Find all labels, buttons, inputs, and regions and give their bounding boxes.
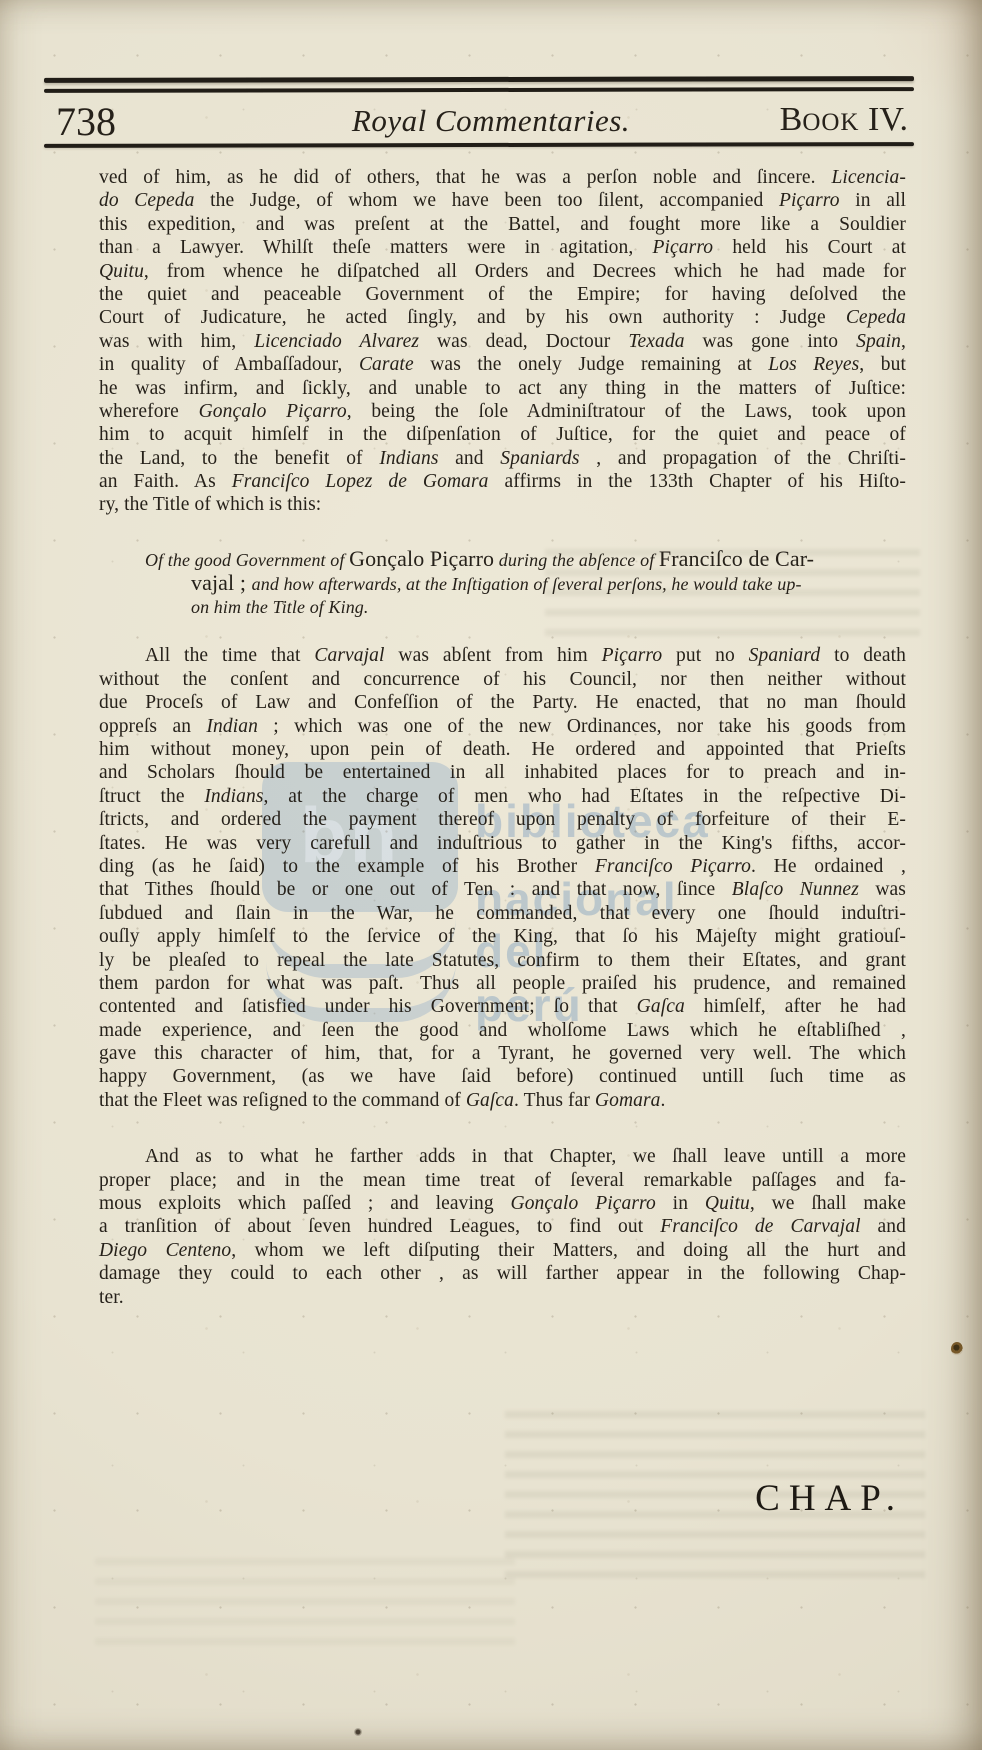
text-run: him without money, upon pein of death. H… — [99, 739, 906, 760]
text-run: the Land, to the benefit of — [99, 448, 379, 469]
book-word-initial: B — [780, 101, 803, 138]
text-run: ; which was one of the new Ordinances, n… — [258, 716, 906, 737]
text-run: , — [901, 331, 906, 352]
ink-spot — [354, 1728, 362, 1736]
text-run: them pardon for what was paſt. Thus all … — [99, 973, 906, 994]
text-line: mous exploits which paſſed ; and leaving… — [99, 1192, 906, 1215]
text-run: And as to what he farther adds in that C… — [145, 1146, 906, 1167]
text-run: Diego Centeno — [99, 1240, 231, 1261]
text-line: he was infirm, and ſickly, and unable to… — [99, 377, 906, 400]
text-run: ved of him, as he did of others, that he… — [99, 167, 831, 188]
text-run: than a Lawyer. Whilſt theſe matters were… — [99, 237, 653, 258]
text-run: Licencia- — [831, 167, 906, 188]
text-run: affirms in the 133th Chapter of his Hiſt… — [489, 471, 906, 492]
text-run: Texada — [628, 331, 684, 352]
text-line: oppreſs an Indian ; which was one of the… — [99, 715, 906, 738]
text-line: ſtates. He was very carefull and induſtr… — [99, 832, 906, 855]
text-run: ter. — [99, 1287, 124, 1308]
text-line: All the time that Carvajal was abſent fr… — [99, 644, 906, 667]
text-run: due Proceſs of Law and Confeſſion of the… — [99, 692, 906, 713]
text-run: damage they could to each other , as wil… — [99, 1263, 906, 1284]
text-run: to death — [820, 645, 906, 666]
text-run: oppreſs an — [99, 716, 206, 737]
text-run: . He ordained , — [751, 856, 906, 877]
text-run: a tranſition of about ſeven hundred Leag… — [99, 1216, 660, 1237]
text-line: without the conſent and concurrence of h… — [99, 668, 906, 691]
text-run: Cepeda — [846, 307, 906, 328]
paragraph-main: All the time that Carvajal was abſent fr… — [99, 644, 906, 1112]
text-line: happy Government, (as we have ſaid befor… — [99, 1065, 906, 1088]
text-line: the Land, to the benefit of Indians and … — [99, 447, 906, 470]
text-run: held his Court at — [713, 237, 906, 258]
text-run: , and propagation of the Chriſti- — [580, 448, 906, 469]
text-run: , being the ſole Adminiſtratour of the L… — [347, 401, 906, 422]
text-run: Indians — [204, 786, 263, 807]
text-line: than a Lawyer. Whilſt theſe matters were… — [99, 236, 906, 259]
text-line: vajal ; and how afterwards, at the Inſti… — [191, 571, 906, 595]
verso-showthrough — [95, 1545, 515, 1650]
text-line: was with him, Licenciado Alvarez was dea… — [99, 330, 906, 353]
text-run: him to acquit himſelf in the diſpenſatio… — [99, 424, 906, 445]
text-line: Of the good Government of Gonçalo Piçarr… — [145, 547, 906, 571]
text-run: , whom we left diſputing their Matters, … — [231, 1240, 906, 1261]
text-run: this expedition, and was preſent at the … — [99, 214, 906, 235]
text-run: that the Fleet was reſigned to the comma… — [99, 1090, 466, 1111]
catchword: CHAP. — [755, 1477, 904, 1520]
text-run: Piçarro — [779, 190, 840, 211]
text-run: Franciſco de Carvajal — [660, 1216, 860, 1237]
text-line: ſubdued and ſlain in the War, he command… — [99, 902, 906, 925]
text-run: ouſly apply himſelf to the ſervice of th… — [99, 926, 906, 947]
text-run: Gonçalo Piçarro — [349, 546, 494, 571]
text-run: proper place; and in the mean time treat… — [99, 1170, 906, 1191]
text-line: damage they could to each other , as wil… — [99, 1262, 906, 1285]
text-run: Gonçalo Piçarro — [511, 1193, 656, 1214]
text-line: him to acquit himſelf in the diſpenſatio… — [99, 423, 906, 446]
text-run: Blaſco Nunnez — [732, 879, 859, 900]
book-number: IV. — [860, 101, 909, 138]
ink-spot — [951, 1342, 963, 1356]
text-run: happy Government, (as we have ſaid befor… — [99, 1066, 906, 1087]
text-run: during the abſence of — [494, 550, 659, 570]
text-run: Quitu — [99, 261, 144, 282]
text-run: in all — [840, 190, 906, 211]
text-run: and — [439, 448, 501, 469]
text-run: was the onely Judge remaining at — [414, 354, 769, 375]
text-run: an Faith. As — [99, 471, 232, 492]
text-line: do Cepeda the Judge, of whom we have bee… — [99, 189, 906, 212]
text-run: the Judge, of whom we have been too ſile… — [210, 190, 779, 211]
text-run: Los Reyes — [768, 354, 859, 375]
text-run: was gone into — [685, 331, 857, 352]
text-run: ſtricts, and ordered the payment thereof… — [99, 809, 906, 830]
text-line: ding (as he ſaid) to the example of his … — [99, 855, 906, 878]
text-line: and Scholars ſhould be entertained in al… — [99, 761, 906, 784]
text-run: on him the Title of King. — [191, 597, 369, 617]
text-run: All the time that — [145, 645, 314, 666]
text-run: and — [861, 1216, 906, 1237]
text-line: in quality of Ambaſſadour, Carate was th… — [99, 353, 906, 376]
text-run: , at the charge of men who had Eſtates i… — [264, 786, 906, 807]
text-run: do Cepeda — [99, 190, 210, 211]
text-run: Gaſca — [466, 1090, 514, 1111]
text-line: ouſly apply himſelf to the ſervice of th… — [99, 925, 906, 948]
text-run: Piçarro — [653, 237, 714, 258]
text-run: . Thus far — [514, 1090, 595, 1111]
text-run: Gonçalo Piçarro — [199, 401, 347, 422]
text-run: was with him, — [99, 331, 254, 352]
book-label: BOOK IV. — [780, 101, 908, 139]
text-run: and Scholars ſhould be entertained in al… — [99, 762, 906, 783]
text-line: this expedition, and was preſent at the … — [99, 213, 906, 236]
text-line: due Proceſs of Law and Confeſſion of the… — [99, 691, 906, 714]
text-line: a tranſition of about ſeven hundred Leag… — [99, 1215, 906, 1238]
text-run: ding (as he ſaid) to the example of his … — [99, 856, 595, 877]
text-run: the quiet and peaceable Government of th… — [99, 284, 906, 305]
text-run: and how afterwards, at the Inſtigation o… — [252, 574, 802, 594]
text-run: Licenciado Alvarez — [254, 331, 419, 352]
text-run: gave this character of him, that, for a … — [99, 1043, 906, 1064]
text-run: Gomara — [595, 1090, 661, 1111]
text-line: ry, the Title of which is this: — [99, 493, 906, 516]
text-run: Spain — [856, 331, 901, 352]
text-line: ſtruct the Indians, at the charge of men… — [99, 785, 906, 808]
text-run: made experience, and ſeen the good and w… — [99, 1020, 906, 1041]
text-run: vajal ; — [191, 570, 252, 595]
text-line: that Tithes ſhould be or one out of Ten … — [99, 878, 906, 901]
text-run: Spaniards — [500, 448, 579, 469]
text-line: contented and ſatisfied under his Govern… — [99, 995, 906, 1018]
text-run: Carvajal — [314, 645, 384, 666]
text-run: himſelf, after he had — [685, 996, 906, 1017]
text-run: , from whence he diſpatched all Orders a… — [144, 261, 906, 282]
text-run: in — [656, 1193, 705, 1214]
text-run: he was infirm, and ſickly, and unable to… — [99, 378, 906, 399]
text-run: Of the good Government of — [145, 550, 349, 570]
header-double-rule-top — [44, 76, 914, 82]
text-run: contented and ſatisfied under his Govern… — [99, 996, 637, 1017]
text-run: Franciſco Piçarro — [595, 856, 751, 877]
text-run: , we ſhall make — [750, 1193, 906, 1214]
text-line: him without money, upon pein of death. H… — [99, 738, 906, 761]
text-line: an Faith. As Franciſco Lopez de Gomara a… — [99, 470, 906, 493]
text-run: Piçarro — [602, 645, 663, 666]
text-run: ſtates. He was very carefull and induſtr… — [99, 833, 906, 854]
text-line: on him the Title of King. — [191, 595, 906, 619]
text-run: mous exploits which paſſed ; and leaving — [99, 1193, 511, 1214]
text-run: wherefore — [99, 401, 199, 422]
text-run: Carate — [359, 354, 414, 375]
text-line: And as to what he farther adds in that C… — [99, 1145, 906, 1168]
header-separator-rule — [44, 142, 914, 147]
text-line: ſtricts, and ordered the payment thereof… — [99, 808, 906, 831]
text-line: ly be pleaſed to repeal the late Statute… — [99, 949, 906, 972]
text-line: Quitu, from whence he diſpatched all Ord… — [99, 260, 906, 283]
text-run: was — [859, 879, 906, 900]
text-line: proper place; and in the mean time treat… — [99, 1169, 906, 1192]
paragraph-continuation: ved of him, as he did of others, that he… — [99, 166, 906, 517]
text-line: wherefore Gonçalo Piçarro, being the ſol… — [99, 400, 906, 423]
header-double-rule-bottom — [44, 87, 914, 93]
text-run: ſtruct the — [99, 786, 204, 807]
text-line: gave this character of him, that, for a … — [99, 1042, 906, 1065]
text-line: made experience, and ſeen the good and w… — [99, 1019, 906, 1042]
text-run: Franciſco de Car- — [659, 546, 814, 571]
text-run: , but — [859, 354, 906, 375]
text-run: without the conſent and concurrence of h… — [99, 669, 906, 690]
text-run: Indian — [206, 716, 258, 737]
paragraph-closing: And as to what he farther adds in that C… — [99, 1145, 906, 1309]
text-line: that the Fleet was reſigned to the comma… — [99, 1089, 906, 1112]
text-line: Court of Judicature, he acted ſingly, an… — [99, 306, 906, 329]
text-run: was dead, Doctour — [419, 331, 628, 352]
text-run: was abſent from him — [385, 645, 602, 666]
text-line: ved of him, as he did of others, that he… — [99, 166, 906, 189]
book-word-smallcaps: OOK — [802, 109, 859, 136]
text-run: Court of Judicature, he acted ſingly, an… — [99, 307, 846, 328]
text-run: Indians — [379, 448, 438, 469]
text-run: ry, the Title of which is this: — [99, 494, 321, 515]
text-line: Diego Centeno, whom we left diſputing th… — [99, 1239, 906, 1262]
text-column: ved of him, as he did of others, that he… — [99, 166, 906, 1309]
book-page-scan: bn biblioteca nacional del perú 738 Roya… — [0, 0, 982, 1750]
text-line: ter. — [99, 1286, 906, 1309]
text-run: . — [661, 1090, 666, 1111]
text-run: in quality of Ambaſſadour, — [99, 354, 359, 375]
text-run: Quitu — [705, 1193, 750, 1214]
text-run: put no — [662, 645, 748, 666]
text-run: ly be pleaſed to repeal the late Statute… — [99, 950, 906, 971]
text-run: Spaniard — [749, 645, 821, 666]
text-line: the quiet and peaceable Government of th… — [99, 283, 906, 306]
text-run: Gaſca — [637, 996, 685, 1017]
chapter-argument: Of the good Government of Gonçalo Piçarr… — [99, 547, 906, 620]
text-line: them pardon for what was paſt. Thus all … — [99, 972, 906, 995]
text-run: that Tithes ſhould be or one out of Ten … — [99, 879, 732, 900]
text-run: ſubdued and ſlain in the War, he command… — [99, 903, 906, 924]
text-run: Franciſco Lopez de Gomara — [232, 471, 489, 492]
